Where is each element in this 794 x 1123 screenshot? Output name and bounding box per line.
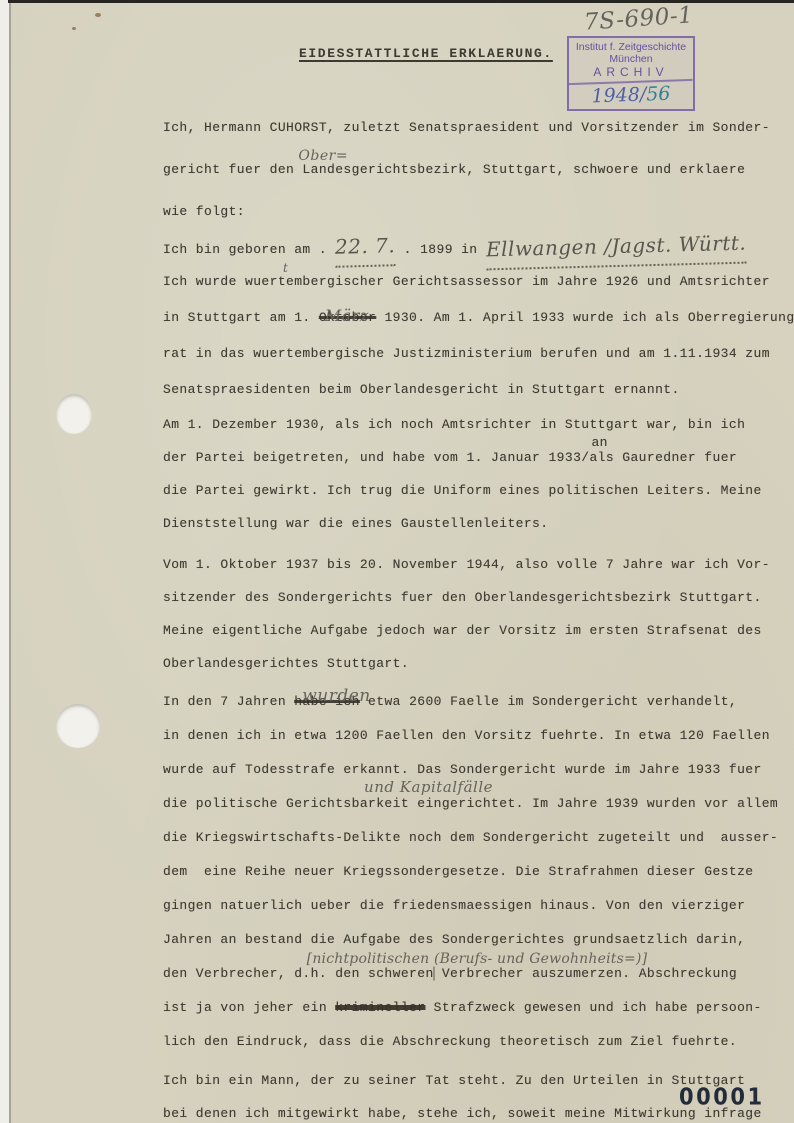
handwritten-birth-place: Ellwangen /Jagst. Württ.: [485, 225, 746, 271]
accession-number-year: 56: [646, 83, 671, 106]
text-line: den Verbrecher, d.h. den schweren: [163, 966, 434, 981]
text-line: Senatspraesidenten beim Oberlandesgerich…: [163, 382, 680, 397]
document-title: EIDESSTATTLICHE ERKLAERUNG.: [299, 46, 553, 61]
text-line: Meine eigentliche Aufgabe jedoch war der…: [163, 623, 762, 638]
text-line: die Kriegswirtschafts-Delikte noch dem S…: [163, 830, 778, 845]
handwritten-insertion-kapitalfaelle: und Kapitalfälle: [364, 780, 493, 795]
text-line: der Partei beigetreten, und habe vom 1. …: [163, 450, 589, 465]
text-line: gingen natuerlich ueber die friedensmaes…: [163, 898, 745, 913]
text-line: gericht fuer den: [163, 162, 302, 177]
text-line: Dienststellung war die eines Gaustellenl…: [163, 516, 548, 531]
handwritten-insertion-ober: Ober=: [298, 149, 348, 163]
text-line: dem eine Reihe neuer Kriegssondergesetze…: [163, 864, 754, 879]
punch-hole-bottom: [56, 704, 100, 748]
text-line: 1930. Am 1. April 1933 wurde ich als Obe…: [376, 310, 794, 325]
text-line: etwa 2600 Faelle im Sondergericht verhan…: [360, 694, 737, 709]
text-line: die politische Gerichtsbarkeit: [163, 796, 409, 811]
text-line: Ich bin ein Mann, der zu seiner Tat steh…: [163, 1073, 745, 1088]
text-line: die Partei gewirkt. Ich trug die Uniform…: [163, 483, 762, 498]
text-line: Verbrecher auszumerzen. Abschreckung: [434, 966, 737, 981]
correction-anchor: habe ichwurden: [294, 685, 360, 719]
paragraph-intro: Ich, Hermann CUHORST, zuletzt Senatsprae…: [163, 107, 791, 233]
text-line: embergischer Gerichtsassessor im Jahre 1…: [286, 274, 770, 289]
paper-speck: [95, 13, 101, 17]
text-line: als Gauredner fuer: [589, 450, 737, 465]
archive-stamp-institute: Institut f. Zeitgeschichte: [569, 38, 693, 53]
text-line: wie folgt:: [163, 204, 245, 219]
paper-speck: [72, 27, 76, 30]
handwritten-birth-date: 22. 7.: [335, 227, 396, 268]
pencil-reference-number: 7S-690-1: [583, 2, 694, 36]
correction-anchor: OktoberMärz: [319, 300, 376, 336]
punch-hole-top: [56, 394, 92, 434]
text-line: Jahren an bestand die Aufgabe des Sonder…: [163, 932, 745, 947]
text-line: Am 1. Dezember 1930, als ich noch Amtsri…: [163, 417, 745, 432]
text-line: Strafzweck gewesen und ich habe persoon-: [425, 1000, 761, 1015]
handwritten-insertion-t: t: [283, 262, 288, 274]
text-line: ist ja von jeher ein: [163, 1000, 335, 1015]
text-line: sitzender des Sondergerichts fuer den Ob…: [163, 590, 762, 605]
typed-insertion-an: an: [591, 436, 607, 449]
text-line: bei denen ich mitgewirkt habe, stehe ich…: [163, 1106, 762, 1121]
paragraph-party: Am 1. Dezember 1930, als ich noch Amtsri…: [163, 408, 791, 540]
scan-edge-line: [9, 0, 11, 1123]
archive-stamp-city: München: [569, 53, 693, 65]
paragraph-cases: In den 7 Jahren habe ichwurden etwa 2600…: [163, 685, 791, 1059]
struck-word-krimineller: krimineller: [335, 1000, 425, 1015]
page-number-stamp: 00001: [679, 1084, 765, 1110]
text-line: lich den Eindruck, dass die Abschreckung…: [163, 1034, 737, 1049]
text-line: Ich bin geboren am .: [163, 242, 335, 257]
accession-number-main: 1948/: [591, 83, 647, 107]
paragraph-sondergericht: Vom 1. Oktober 1937 bis 20. November 194…: [163, 548, 791, 680]
paragraph-career: Ich bin geboren am . 22. 7. . 1899 in El…: [163, 228, 791, 408]
text-line: Oberlandesgerichtes Stuttgart.: [163, 656, 409, 671]
text-line: in Stuttgart am 1.: [163, 310, 319, 325]
handwritten-correction-maerz: März: [325, 308, 369, 324]
text-line: Vom 1. Oktober 1937 bis 20. November 194…: [163, 557, 770, 572]
text-line: in denen ich in etwa 1200 Faellen den Vo…: [163, 728, 770, 743]
text-line: . 1899 in: [395, 242, 485, 257]
insertion-caret-mark: |: [432, 966, 437, 980]
text-line: Landesgerichtsbezirk, Stuttgart, schwoer…: [302, 162, 745, 177]
handwritten-correction-wurden: wurden: [302, 688, 371, 705]
archive-stamp: Institut f. Zeitgeschichte München ARCHI…: [567, 36, 695, 111]
document-page: 7S-690-1 Institut f. Zeitgeschichte Münc…: [0, 0, 794, 1123]
text-line: wurde auf Todesstrafe erkannt. Das Sonde…: [163, 762, 762, 777]
handwritten-margin-note: [nichtpolitischen (Berufs- und Gewohnhei…: [307, 952, 648, 966]
text-line: In den 7 Jahren: [163, 694, 294, 709]
text-line: eingerichtet. Im Jahre 1939 wurden vor a…: [409, 796, 778, 811]
text-line: Ich, Hermann CUHORST, zuletzt Senatsprae…: [163, 120, 770, 135]
scan-edge-left: [0, 0, 9, 1123]
text-line: Ich wurde wuert: [163, 274, 286, 289]
text-line: rat in das wuertembergische Justizminist…: [163, 346, 770, 361]
